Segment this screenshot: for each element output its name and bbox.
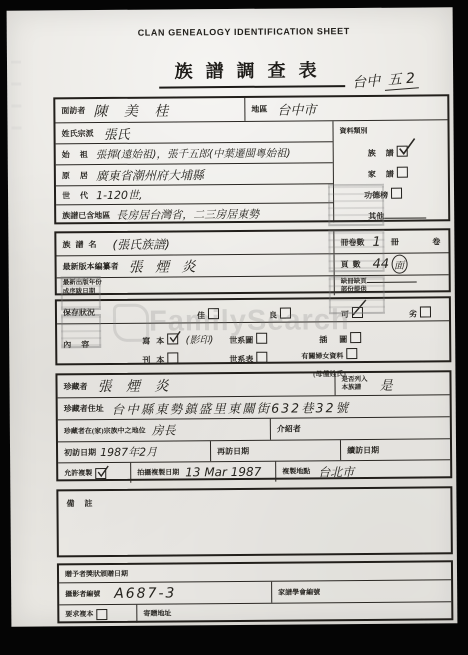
pages-label: 頁數 xyxy=(341,259,361,270)
compiler-value: 張 煙 炎 xyxy=(129,256,200,277)
other-blank-line xyxy=(384,209,426,218)
form-title: 族譜調查表 xyxy=(159,56,345,88)
fair-checkbox xyxy=(280,308,291,319)
page-note-number: 五 2 xyxy=(384,70,419,91)
latest-publication-label: 最新出版年份 成序跋日期 xyxy=(63,279,102,296)
owner-position-value: 房長 xyxy=(151,421,175,438)
original-home-label: 原居 xyxy=(62,170,88,181)
category-label: 資料類別 xyxy=(340,126,368,136)
owner-address-value: 台中縣東勢鎮盛里東關街632巷32號 xyxy=(112,398,350,418)
condition-row: 保存狀況 佳 良 可 劣 xyxy=(57,298,449,323)
generations-row: 世代 1-120世, xyxy=(56,183,333,204)
genealogy-title-value: (張氏族譜) xyxy=(112,235,170,252)
acceptable-checkbox xyxy=(352,307,363,318)
category-family-genealogy: 家譜 xyxy=(368,164,408,182)
illustrations-checkbox xyxy=(350,332,361,343)
genealogy-title-label: 族譜名 xyxy=(62,239,96,250)
generations-value: 1-120世, xyxy=(96,187,143,203)
compiler-label: 最新版本編纂者 xyxy=(63,261,119,272)
owner-address-row: 珍藏者住址 台中縣東勢鎮盛里東關街632巷32號 xyxy=(58,394,450,419)
category-merit-board: 功德榜 xyxy=(364,185,402,203)
copy-place-label: 複製地點 xyxy=(282,466,310,476)
content-printed: 刊本 xyxy=(142,349,178,367)
area-covered-label: 族譜已含地區 xyxy=(62,209,110,220)
category-box: 資料類別 族譜 家譜 功德榜 其他 xyxy=(332,120,448,222)
second-visit-label: 再訪日期 xyxy=(217,445,249,456)
interviewer-row: 面訪者 陳 美 桂 地區 台中市 xyxy=(55,96,447,122)
genealogy-table: 族譜名 (張氏族譜) 冊卷數 1 冊 卷 最新版本編纂者 張 煙 炎 頁數 44… xyxy=(54,228,450,295)
area-covered-row: 族譜已含地區 長房居台灣省，二三房居東勢 xyxy=(56,202,333,225)
pages-value: 44 xyxy=(373,257,390,272)
condition-poor: 劣 xyxy=(409,303,431,321)
copy-request-row: 要求複本 寄贈地址 xyxy=(59,601,451,623)
first-ancestor-value: 張揮(遠始祖)，張千五郎(中葉遷閩粵始祖) xyxy=(96,145,291,162)
region-label: 地區 xyxy=(251,104,267,115)
original-home-value: 廣東省潮州府大埔縣 xyxy=(96,166,204,184)
content-manuscript: 寫本 (影印) xyxy=(142,330,213,349)
surname-row: 姓氏宗派 張氏 xyxy=(55,121,332,143)
first-visit-value: 1987年2月 xyxy=(100,444,157,460)
check-mark-icon xyxy=(351,299,369,317)
merit-board-checkbox xyxy=(391,188,402,199)
owner-name-value: 張 煙 炎 xyxy=(97,375,173,396)
owner-table: 珍藏者 張 煙 炎 是否列入 本族譜 是 珍藏者住址 台中縣東勢鎮盛里東關街63… xyxy=(55,370,452,481)
owner-name-label: 珍藏者 xyxy=(63,381,87,392)
condition-label: 保存狀況 xyxy=(63,307,95,318)
condition-good: 佳 xyxy=(197,305,219,323)
survey-lower: 姓氏宗派 張氏 始祖 張揮(遠始祖)，張千五郎(中葉遷閩粵始祖) 原居 廣東省潮… xyxy=(55,119,448,224)
society-no-label: 家譜學會編號 xyxy=(278,587,320,597)
first-visit-label: 初訪日期 xyxy=(64,447,96,458)
volumes-value: 1 xyxy=(372,234,380,249)
original-home-row: 原居 廣東省潮州府大埔縣 xyxy=(56,162,333,185)
copy-permitted-checkbox xyxy=(95,467,106,478)
handwritten-page-note: 台中 五 2 xyxy=(351,67,418,92)
pages-unit: 面 xyxy=(391,255,407,274)
interviewer-label: 面訪者 xyxy=(61,105,85,116)
copy-place-value: 台北市 xyxy=(318,463,354,480)
first-ancestor-label: 始祖 xyxy=(62,149,88,160)
publication-row: 最新出版年份 成序跋日期 缺冊缺頁 部份提供 xyxy=(57,274,449,297)
scanned-paper: CLAN GENEALOGY IDENTIFICATION SHEET 族譜調查… xyxy=(7,7,458,626)
area-covered-value: 長房居台灣省，二三房居東勢 xyxy=(116,206,259,223)
remarks-box: 備註 xyxy=(56,486,453,557)
volumes-unit2: 卷 xyxy=(432,236,440,247)
manuscript-note: (影印) xyxy=(186,335,214,346)
copy-date-label: 拍攝複製日期 xyxy=(137,467,179,477)
category-clan-genealogy: 族譜 xyxy=(368,143,408,161)
award-date-label: 贈予者獎狀頒贈日期 xyxy=(65,568,128,578)
check-mark-icon xyxy=(168,330,182,344)
women-data-checkbox xyxy=(346,348,357,359)
content-pedigree-chart: 世系圖 xyxy=(229,330,267,348)
surname-label: 姓氏宗派 xyxy=(62,128,94,139)
in-genealogy-label: 是否列入 本族譜 xyxy=(341,376,367,393)
copy-row: 允許複製 拍攝複製日期 13 Mar 1987 複製地點 台北市 xyxy=(58,459,450,483)
interviewer-value: 陳 美 桂 xyxy=(93,100,174,121)
good-checkbox xyxy=(208,308,219,319)
generations-label: 世代 xyxy=(62,190,88,201)
check-mark-icon xyxy=(96,464,110,478)
condition-acceptable: 可 xyxy=(341,304,363,322)
family-genealogy-checkbox xyxy=(397,167,408,178)
content-pedigree-table: 世系表 xyxy=(229,349,267,367)
content-row: 內容 寫本 (影印) 刊本 世系圖 世系表 插圖 有關婦女資料 xyxy=(57,320,449,365)
copy-request-checkbox xyxy=(96,608,107,619)
remarks-label: 備註 xyxy=(66,498,92,509)
volumes-unit1: 冊 xyxy=(391,236,399,247)
photographer-no-value: A687-3 xyxy=(114,585,176,601)
surname-value: 張氏 xyxy=(103,123,129,142)
page-note-prefix: 台中 xyxy=(352,73,381,91)
printed-checkbox xyxy=(167,352,178,363)
check-mark-icon xyxy=(397,137,417,157)
condition-table: 保存狀況 佳 良 可 劣 內容 寫本 (影印) 刊本 世系圖 xyxy=(55,296,452,365)
survey-table: 面訪者 陳 美 桂 地區 台中市 姓氏宗派 張氏 始祖 張揮 xyxy=(53,94,450,224)
followup-visit-label: 續訪日期 xyxy=(347,444,379,455)
introducer-label: 介紹者 xyxy=(277,423,301,434)
owner-position-label: 珍藏者在(家)宗族中之地位 xyxy=(64,425,146,436)
mailing-address-label: 寄贈地址 xyxy=(143,608,171,618)
scan-edge-marks xyxy=(11,61,22,131)
admin-table: 贈予者獎狀頒贈日期 攝影者編號 A687-3 家譜學會編號 要求複本 寄贈地址 xyxy=(57,560,453,623)
pedigree-chart-checkbox xyxy=(256,333,267,344)
first-ancestor-row: 始祖 張揮(遠始祖)，張千五郎(中葉遷閩粵始祖) xyxy=(56,141,333,164)
content-label: 內容 xyxy=(63,339,89,350)
owner-position-row: 珍藏者在(家)宗族中之地位 房長 介紹者 xyxy=(58,416,450,441)
volumes-label: 冊卷數 xyxy=(340,236,364,247)
poor-checkbox xyxy=(420,306,431,317)
photographer-no-label: 攝影者編號 xyxy=(65,589,100,599)
scanned-genealogy-sheet: { "watermark": { "family_search": "Famil… xyxy=(0,0,468,655)
category-other: 其他 xyxy=(368,205,426,223)
in-genealogy-value: 是 xyxy=(379,374,392,393)
manuscript-checkbox xyxy=(167,333,178,344)
numbers-row: 攝影者編號 A687-3 家譜學會編號 xyxy=(59,579,451,604)
compiler-row: 最新版本編纂者 張 煙 炎 頁數 44 面 xyxy=(57,252,449,277)
pedigree-table-checkbox xyxy=(256,352,267,363)
clan-genealogy-checkbox xyxy=(397,146,408,157)
genealogy-title-row: 族譜名 (張氏族譜) 冊卷數 1 冊 卷 xyxy=(56,230,448,255)
copy-permitted-label: 允許複製 xyxy=(64,468,92,478)
english-header-title: CLAN GENEALOGY IDENTIFICATION SHEET xyxy=(21,25,467,39)
owner-name-row: 珍藏者 張 煙 炎 是否列入 本族譜 是 xyxy=(57,372,449,397)
region-value: 台中市 xyxy=(277,99,316,118)
missing-label: 缺冊缺頁 部份提供 xyxy=(341,276,417,294)
condition-fair: 良 xyxy=(269,305,291,323)
copy-request-label: 要求複本 xyxy=(65,609,93,619)
owner-address-label: 珍藏者住址 xyxy=(64,403,104,414)
copy-date-value: 13 Mar 1987 xyxy=(185,465,261,480)
